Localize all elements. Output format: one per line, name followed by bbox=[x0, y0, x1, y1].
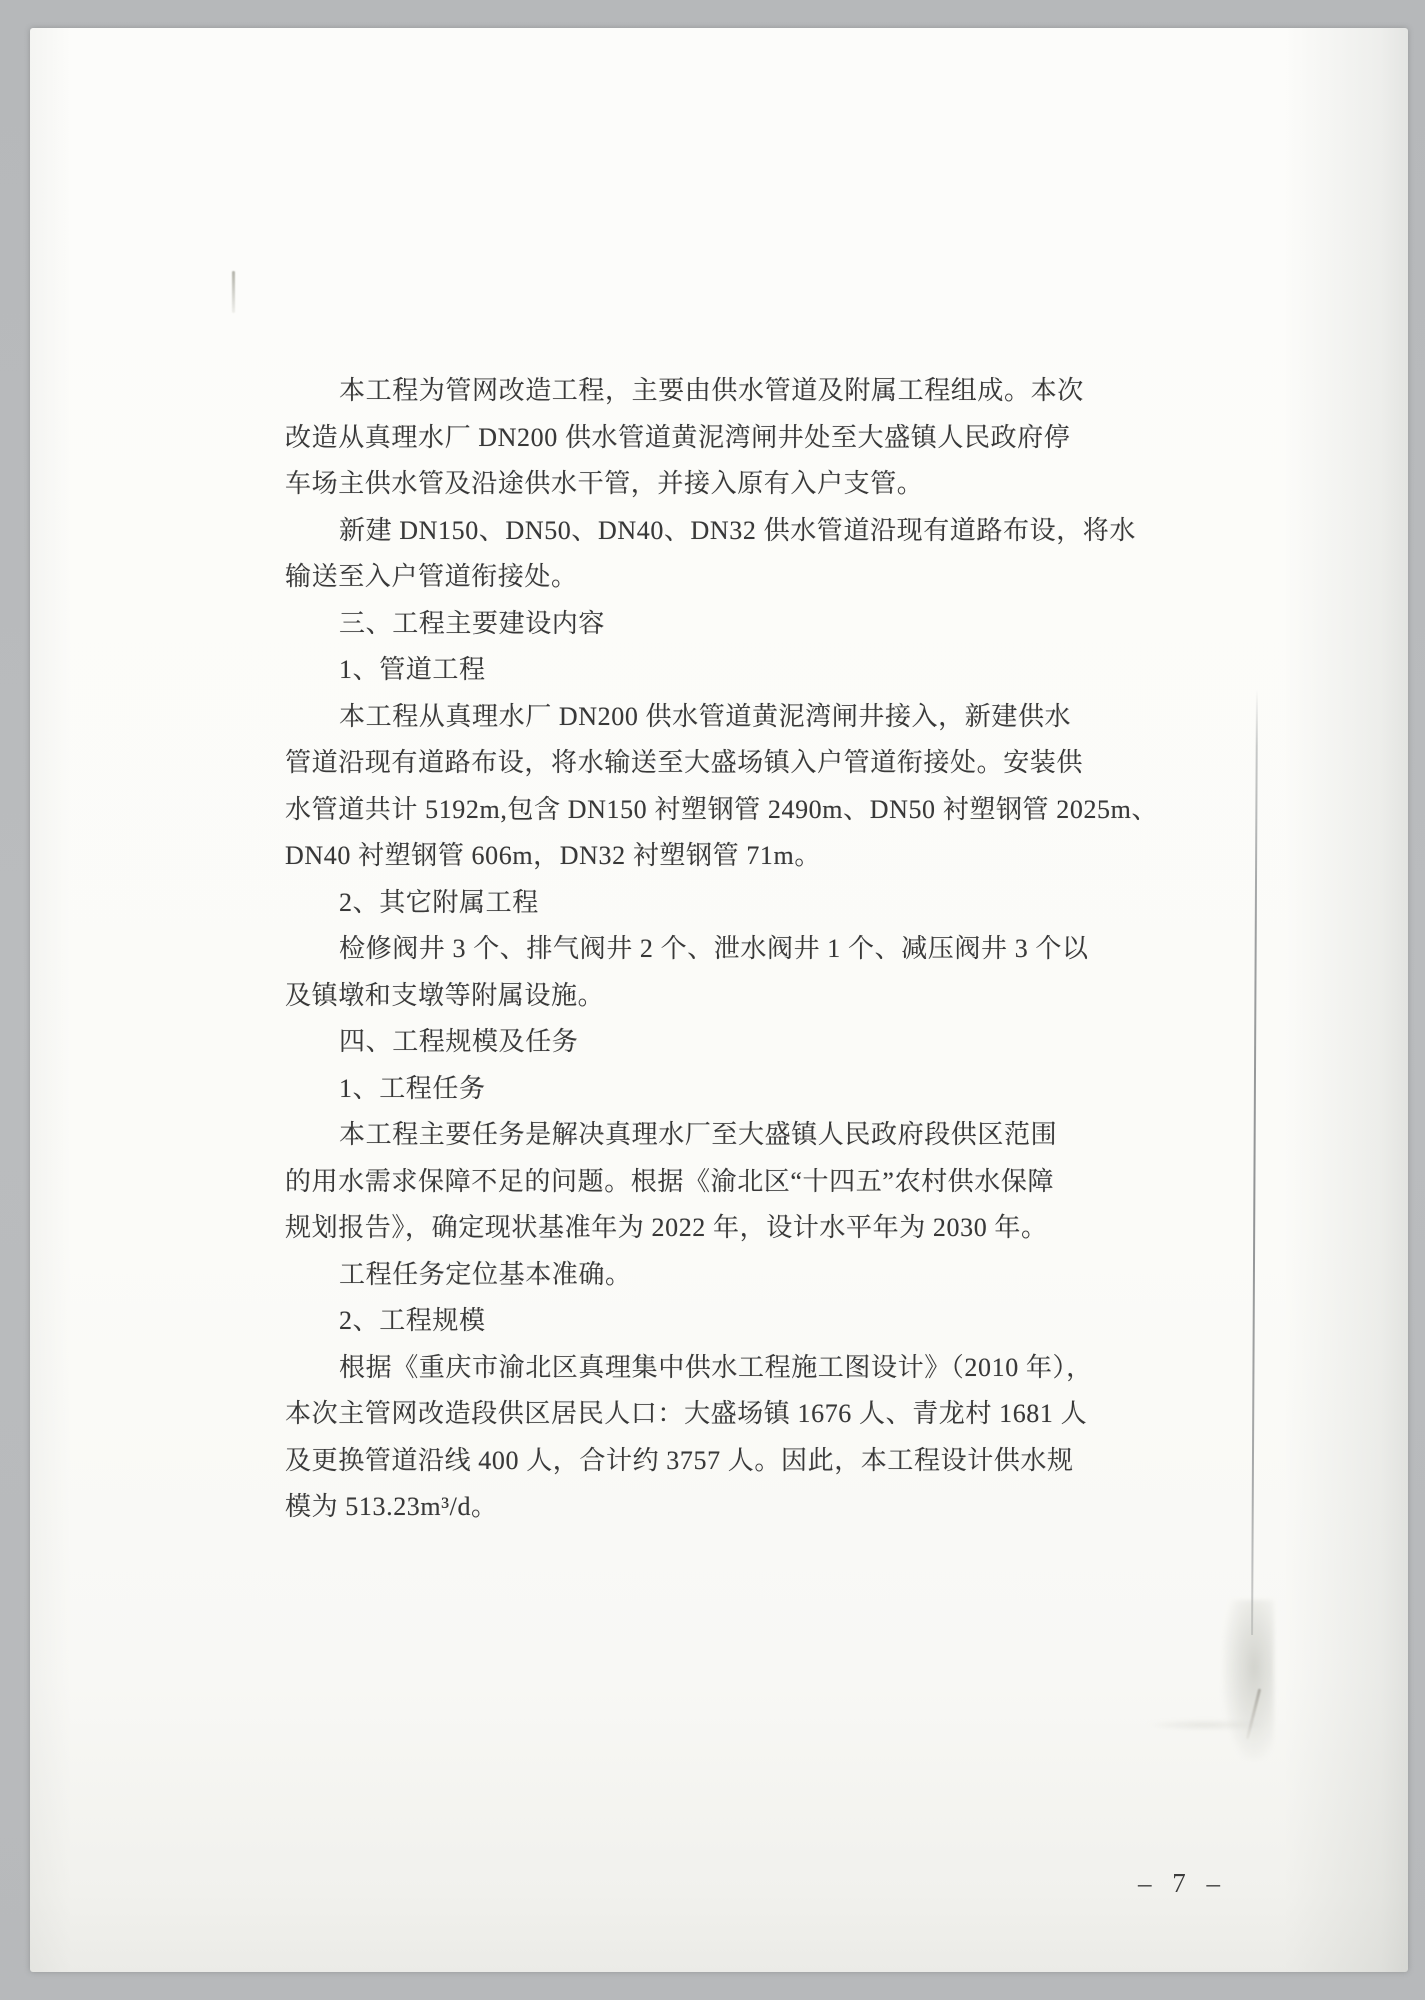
text-line: 2、其它附属工程 bbox=[285, 880, 1145, 927]
page-number: – 7 – bbox=[1138, 1868, 1227, 1899]
text-line: 工程任务定位基本准确。 bbox=[285, 1252, 1145, 1299]
scan-smudge bbox=[1145, 1720, 1265, 1730]
text-line: 新建 DN150、DN50、DN40、DN32 供水管道沿现有道路布设，将水 bbox=[285, 508, 1145, 555]
text-line: 车场主供水管及沿途供水干管，并接入原有入户支管。 bbox=[285, 461, 1145, 508]
text-line: 三、工程主要建设内容 bbox=[285, 601, 1145, 648]
text-line: 管道沿现有道路布设，将水输送至大盛场镇入户管道衔接处。安装供 bbox=[285, 740, 1145, 787]
document-page: 本工程为管网改造工程，主要由供水管道及附属工程组成。本次改造从真理水厂 DN20… bbox=[30, 28, 1408, 1972]
text-line: 本工程从真理水厂 DN200 供水管道黄泥湾闸井接入，新建供水 bbox=[285, 694, 1145, 741]
text-line: 本次主管网改造段供区居民人口：大盛场镇 1676 人、青龙村 1681 人 bbox=[285, 1391, 1145, 1438]
text-line: 输送至入户管道衔接处。 bbox=[285, 554, 1145, 601]
scan-crease-line bbox=[1251, 690, 1258, 1635]
text-line: 1、工程任务 bbox=[285, 1066, 1145, 1113]
document-body-text: 本工程为管网改造工程，主要由供水管道及附属工程组成。本次改造从真理水厂 DN20… bbox=[285, 368, 1145, 1531]
text-line: 及镇墩和支墩等附属设施。 bbox=[285, 973, 1145, 1020]
text-line: 及更换管道沿线 400 人，合计约 3757 人。因此，本工程设计供水规 bbox=[285, 1438, 1145, 1485]
text-line: 水管道共计 5192m,包含 DN150 衬塑钢管 2490m、DN50 衬塑钢… bbox=[285, 787, 1145, 834]
text-line: 的用水需求保障不足的问题。根据《渝北区“十四五”农村供水保障 bbox=[285, 1159, 1145, 1206]
text-line: 检修阀井 3 个、排气阀井 2 个、泄水阀井 1 个、减压阀井 3 个以 bbox=[285, 926, 1145, 973]
scan-surface: 本工程为管网改造工程，主要由供水管道及附属工程组成。本次改造从真理水厂 DN20… bbox=[0, 0, 1425, 2000]
text-line: 改造从真理水厂 DN200 供水管道黄泥湾闸井处至大盛镇人民政府停 bbox=[285, 415, 1145, 462]
text-line: 1、管道工程 bbox=[285, 647, 1145, 694]
text-line: 规划报告》，确定现状基准年为 2022 年，设计水平年为 2030 年。 bbox=[285, 1205, 1145, 1252]
text-line: 四、工程规模及任务 bbox=[285, 1019, 1145, 1066]
text-line: 2、工程规模 bbox=[285, 1298, 1145, 1345]
text-line: 根据《重庆市渝北区真理集中供水工程施工图设计》（2010 年）， bbox=[285, 1345, 1145, 1392]
scan-artifact-tick bbox=[232, 271, 235, 313]
text-line: 本工程主要任务是解决真理水厂至大盛镇人民政府段供区范围 bbox=[285, 1112, 1145, 1159]
text-line: DN40 衬塑钢管 606m，DN32 衬塑钢管 71m。 bbox=[285, 833, 1145, 880]
text-line: 本工程为管网改造工程，主要由供水管道及附属工程组成。本次 bbox=[285, 368, 1145, 415]
text-line: 模为 513.23m³/d。 bbox=[285, 1484, 1145, 1531]
